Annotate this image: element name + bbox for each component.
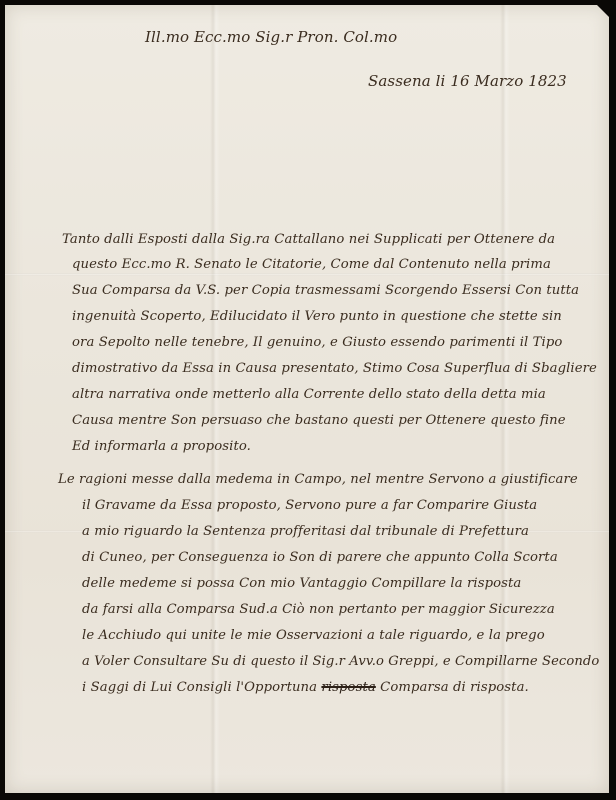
- text-line: Ed informarla a proposito.: [72, 439, 251, 454]
- text-line: questo Ecc.mo R. Senato le Citatorie, Co…: [72, 257, 551, 272]
- text-line: Sua Comparsa da V.S. per Copia trasmessa…: [72, 283, 579, 298]
- text-fragment: i Saggi di Lui Consigli l'Opportuna: [82, 680, 317, 695]
- text-line: Causa mentre Son persuaso che bastano qu…: [72, 413, 566, 428]
- place-date: Sassena li 16 Marzo 1823: [368, 72, 567, 90]
- text-line: ora Sepolto nelle tenebre, Il genuino, e…: [72, 335, 562, 350]
- struck-word: risposta: [321, 680, 375, 695]
- text-fragment: Comparsa di risposta.: [380, 680, 529, 695]
- fold-crease: [5, 273, 609, 276]
- text-line: da farsi alla Comparsa Sud.a Ciò non per…: [82, 602, 555, 617]
- text-line: dimostrativo da Essa in Causa presentato…: [72, 361, 597, 376]
- text-line: i Saggi di Lui Consigli l'Opportuna risp…: [82, 680, 529, 695]
- text-line: a mio riguardo la Sentenza profferitasi …: [82, 524, 529, 539]
- folded-corner: [597, 5, 609, 17]
- text-line: a Voler Consultare Su di questo il Sig.r…: [82, 654, 599, 669]
- text-line: Tanto dalli Esposti dalla Sig.ra Cattall…: [62, 232, 555, 247]
- text-line: delle medeme si possa Con mio Vantaggio …: [82, 576, 521, 591]
- text-line: altra narrativa onde metterlo alla Corre…: [72, 387, 546, 402]
- text-line: Le ragioni messe dalla medema in Campo, …: [58, 472, 578, 487]
- text-line: ingenuità Scoperto, Edilucidato il Vero …: [72, 309, 562, 324]
- text-line: di Cuneo, per Conseguenza io Son di pare…: [82, 550, 558, 565]
- text-line: il Gravame da Essa proposto, Servono pur…: [82, 498, 537, 513]
- salutation: Ill.mo Ecc.mo Sig.r Pron. Col.mo: [145, 28, 397, 46]
- text-line: le Acchiudo qui unite le mie Osservazion…: [82, 628, 545, 643]
